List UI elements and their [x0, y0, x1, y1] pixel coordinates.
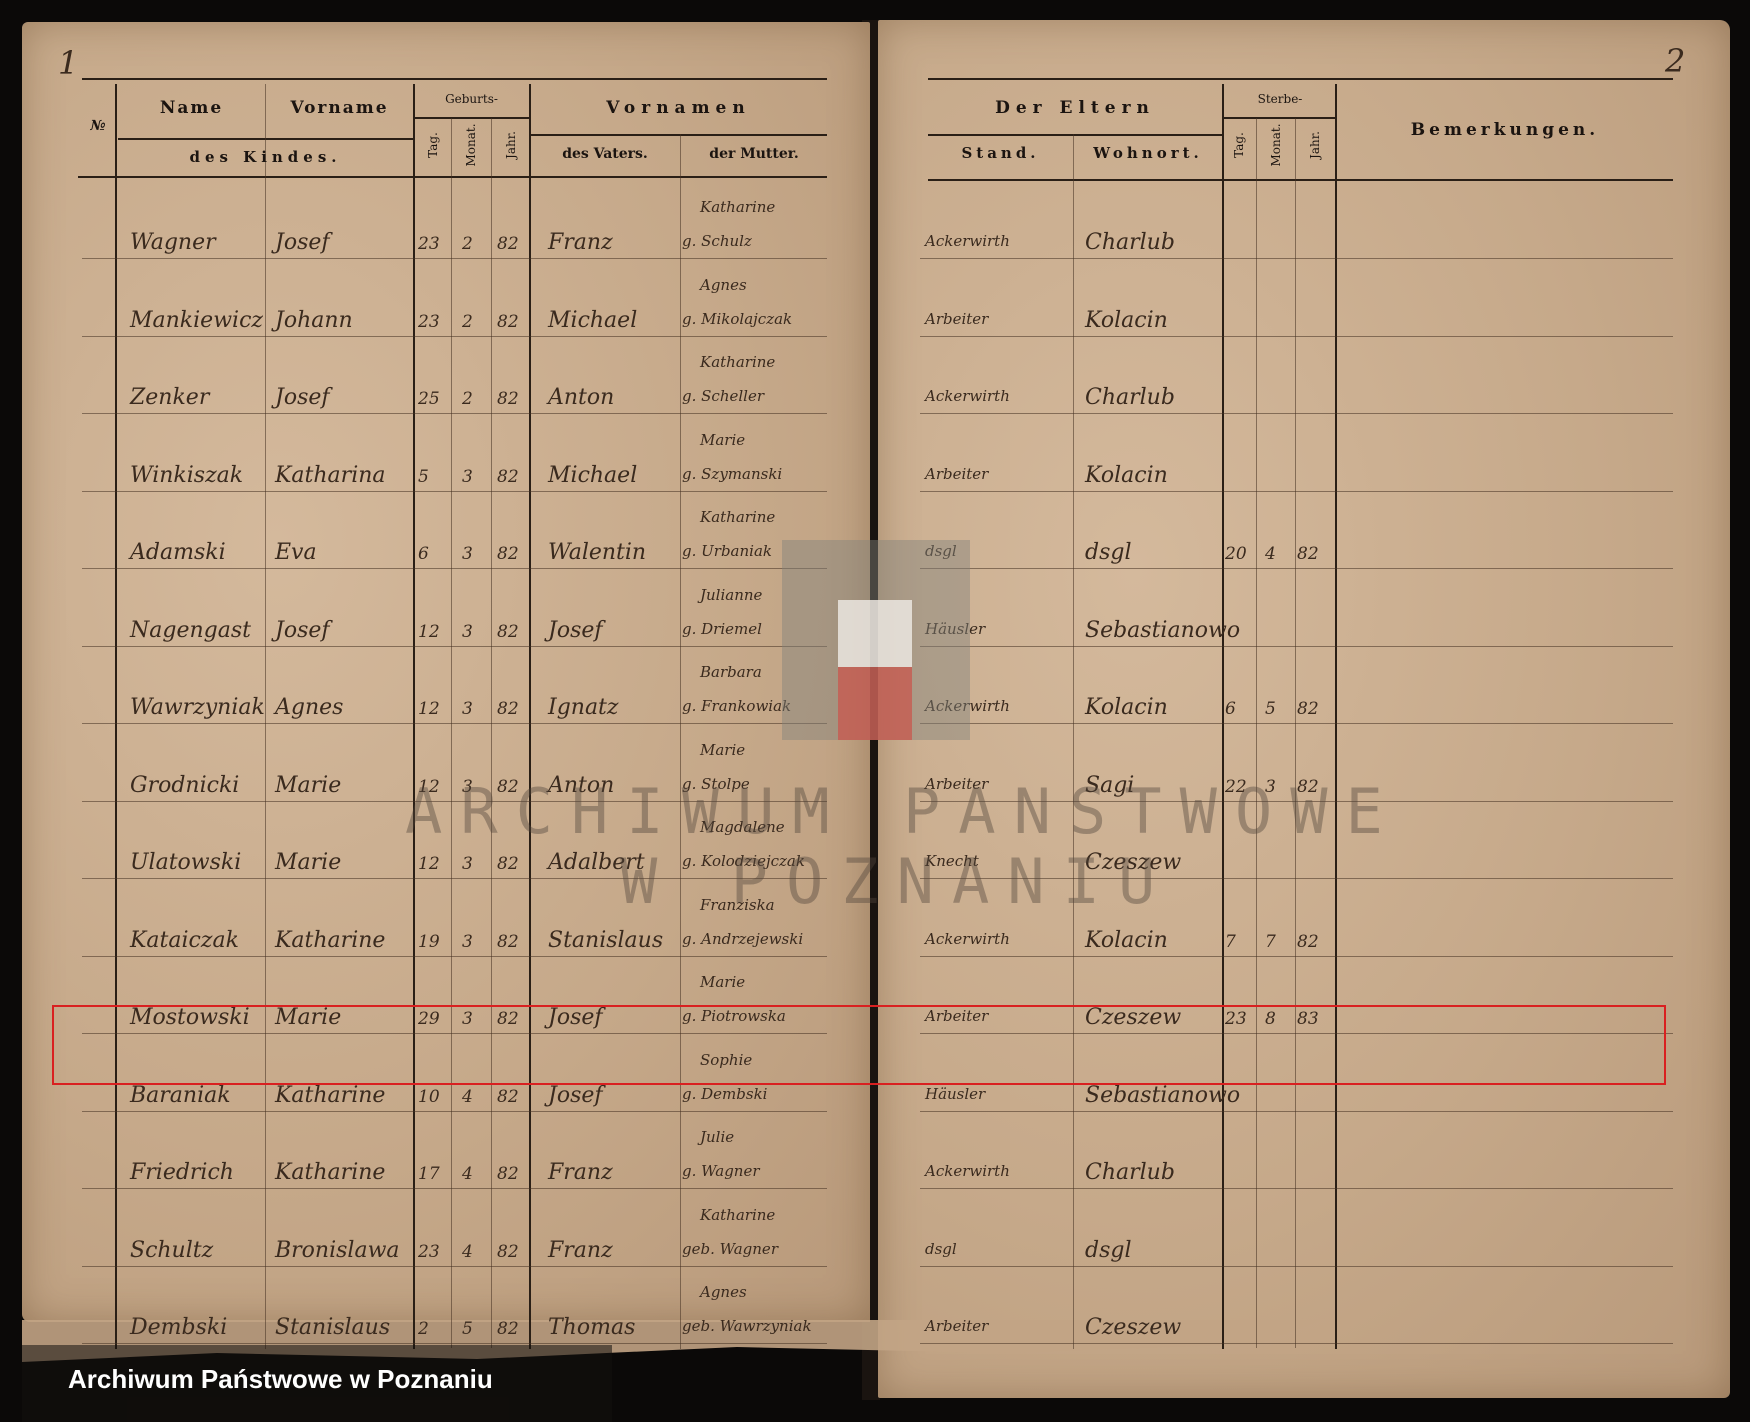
cell-tag: 23 [418, 312, 440, 332]
cell-mutter1: Julie [700, 1128, 734, 1146]
row-rule-right [920, 646, 1673, 647]
cell-jahr: 82 [497, 312, 519, 332]
cell-name: Wagner [130, 230, 216, 255]
cell-wohnort: Sebastianowo [1085, 618, 1240, 643]
cell-jahr: 82 [497, 699, 519, 719]
flag-red-stripe [838, 667, 912, 740]
cell-vater: Franz [548, 1238, 613, 1263]
cell-monat: 3 [462, 699, 473, 719]
header-mid-rule-geburts [414, 117, 529, 119]
cell-vorname: Marie [275, 773, 341, 798]
header-der-mutter: der Mutter. [681, 146, 827, 162]
cell-wohnort: Sebastianowo [1085, 1083, 1240, 1108]
cell-name: Zenker [130, 385, 209, 410]
row-rule-left [82, 723, 827, 724]
cell-jahr: 82 [497, 1087, 519, 1107]
header-geburt-jahr: Jahr. [504, 120, 518, 170]
cell-tag: 12 [418, 622, 440, 642]
cell-stand: Ackerwirth [925, 232, 1010, 250]
col-rule-monat [491, 118, 492, 1348]
col-rule-stand [1073, 134, 1074, 1349]
header-wohnort: Wohnort. [1074, 144, 1222, 162]
cell-jahr: 82 [497, 234, 519, 254]
cell-mutter1: Agnes [700, 276, 747, 294]
row-rule-left [82, 491, 827, 492]
cell-vorname: Agnes [275, 695, 343, 720]
cell-vater: Franz [548, 1160, 613, 1185]
cell-stand: Arbeiter [925, 465, 988, 483]
cell-vorname: Bronislawa [275, 1238, 400, 1263]
cell-mutter2: g. Mikolajczak [682, 310, 792, 328]
col-rule-vater [680, 134, 681, 1349]
row-rule-left [82, 956, 827, 957]
col-rule-s-tag [1256, 118, 1257, 1348]
row-rule-right [920, 568, 1673, 569]
cell-s-jahr: 82 [1297, 544, 1319, 564]
cell-vorname: Josef [275, 618, 330, 643]
cell-wohnort: Kolacin [1085, 928, 1168, 953]
cell-s-monat: 4 [1265, 544, 1276, 564]
cell-wohnort: Charlub [1085, 1160, 1175, 1185]
cell-monat: 3 [462, 544, 473, 564]
cell-monat: 4 [462, 1242, 473, 1262]
cell-s-jahr: 82 [1297, 932, 1319, 952]
header-stand: Stand. [928, 144, 1073, 162]
cell-mutter2: g. Frankowiak [682, 697, 791, 715]
cell-monat: 3 [462, 467, 473, 487]
cell-name: Adamski [130, 540, 226, 565]
cell-stand: Ackerwirth [925, 930, 1010, 948]
cell-name: Ulatowski [130, 850, 241, 875]
cell-stand: Arbeiter [925, 310, 988, 328]
flag-white-stripe [838, 600, 912, 667]
cell-mutter1: Katharine [700, 1206, 775, 1224]
cell-name: Friedrich [130, 1160, 234, 1185]
cell-name: Wawrzyniak [130, 695, 265, 720]
cell-vater: Michael [548, 308, 637, 333]
right-header-mid-rule-eltern [928, 134, 1222, 136]
col-rule-tag [451, 118, 452, 1348]
right-header-bottom-rule [928, 179, 1673, 181]
cell-mutter2: geb. Wawrzyniak [682, 1317, 812, 1335]
cell-monat: 3 [462, 932, 473, 952]
cell-monat: 2 [462, 389, 473, 409]
cell-mutter2: g. Schulz [682, 232, 752, 250]
cell-mutter2: geb. Wagner [682, 1240, 778, 1258]
cell-vorname: Katharine [275, 928, 385, 953]
header-der-eltern: Der Eltern [928, 98, 1222, 118]
right-page-number: 2 [1665, 42, 1685, 80]
cell-vater: Anton [548, 385, 614, 410]
cell-mutter1: Barbara [700, 663, 762, 681]
cell-mutter1: Katharine [700, 198, 775, 216]
cell-tag: 17 [418, 1164, 440, 1184]
left-page-number: 1 [58, 44, 78, 82]
header-bottom-rule [78, 176, 827, 178]
col-rule-jahr [529, 84, 531, 1349]
cell-mutter2: g. Dembski [682, 1085, 767, 1103]
cell-wohnort: Kolacin [1085, 308, 1168, 333]
row-rule-right [920, 413, 1673, 414]
cell-tag: 2 [418, 1319, 429, 1339]
cell-mutter2: g. Urbaniak [682, 542, 772, 560]
cell-vorname: Marie [275, 850, 341, 875]
cell-wohnort: dsgl [1085, 540, 1132, 565]
header-geburts: Geburts- [414, 92, 529, 106]
cell-name: Kataiczak [130, 928, 239, 953]
right-header-top-rule [928, 78, 1673, 80]
cell-tag: 23 [418, 1242, 440, 1262]
header-top-rule [82, 78, 827, 80]
cell-jahr: 82 [497, 1319, 519, 1339]
cell-wohnort: Kolacin [1085, 463, 1168, 488]
cell-stand: dsgl [925, 1240, 957, 1258]
cell-monat: 4 [462, 1164, 473, 1184]
header-sterbe: Sterbe- [1224, 92, 1336, 106]
cell-jahr: 82 [497, 389, 519, 409]
cell-jahr: 82 [497, 932, 519, 952]
row-rule-left [82, 336, 827, 337]
cell-tag: 6 [418, 544, 429, 564]
row-rule-left [82, 646, 827, 647]
cell-vorname: Katharine [275, 1160, 385, 1185]
cell-tag: 12 [418, 854, 440, 874]
col-rule-wohnort [1222, 84, 1224, 1349]
row-rule-left [82, 413, 827, 414]
col-rule-no [115, 84, 117, 1349]
cell-vater: Thomas [548, 1315, 635, 1340]
cell-name: Nagengast [130, 618, 251, 643]
cell-tag: 5 [418, 467, 429, 487]
header-name: Name [118, 98, 265, 118]
cell-wohnort: Kolacin [1085, 695, 1168, 720]
cell-monat: 5 [462, 1319, 473, 1339]
row-rule-left [82, 568, 827, 569]
cell-monat: 2 [462, 312, 473, 332]
header-des-kindes: des Kindes. [118, 148, 413, 166]
cell-vater: Stanislaus [548, 928, 663, 953]
cell-mutter1: Katharine [700, 508, 775, 526]
row-rule-right [920, 956, 1673, 957]
row-rule-left [82, 1343, 827, 1344]
cell-mutter2: g. Szymanski [682, 465, 782, 483]
cell-monat: 4 [462, 1087, 473, 1107]
archive-footer-label: Archiwum Państwowe w Poznaniu [68, 1364, 493, 1395]
header-bemerkungen: Bemerkungen. [1337, 120, 1673, 140]
cell-s-jahr: 82 [1297, 699, 1319, 719]
cell-monat: 3 [462, 854, 473, 874]
cell-name: Winkiszak [130, 463, 243, 488]
cell-vorname: Katharine [275, 1083, 385, 1108]
cell-vater: Franz [548, 230, 613, 255]
cell-vorname: Katharina [275, 463, 386, 488]
cell-vater: Ignatz [548, 695, 619, 720]
col-rule-vorname [413, 84, 415, 1349]
row-rule-right [920, 258, 1673, 259]
highlighted-row-box [52, 1005, 1666, 1085]
cell-name: Schultz [130, 1238, 213, 1263]
cell-vorname: Eva [275, 540, 317, 565]
cell-vorname: Stanislaus [275, 1315, 390, 1340]
row-rule-right [920, 1188, 1673, 1189]
row-rule-right [920, 1343, 1673, 1344]
cell-jahr: 82 [497, 622, 519, 642]
cell-mutter1: Julianne [700, 586, 762, 604]
header-mid-rule-vornamen [530, 134, 827, 136]
cell-s-tag: 6 [1225, 699, 1236, 719]
cell-tag: 10 [418, 1087, 440, 1107]
cell-mutter1: Marie [700, 741, 745, 759]
cell-mutter2: g. Driemel [682, 620, 762, 638]
cell-stand: Ackerwirth [925, 387, 1010, 405]
cell-vater: Josef [548, 1083, 603, 1108]
cell-wohnort: dsgl [1085, 1238, 1132, 1263]
cell-jahr: 82 [497, 854, 519, 874]
cell-s-tag: 7 [1225, 932, 1236, 952]
row-rule-right [920, 491, 1673, 492]
cell-vorname: Josef [275, 385, 330, 410]
col-rule-name [265, 84, 266, 1349]
cell-stand: Häusler [925, 1085, 985, 1103]
header-sterbe-jahr: Jahr. [1308, 120, 1322, 170]
row-rule-left [82, 1266, 827, 1267]
cell-name: Dembski [130, 1315, 227, 1340]
cell-tag: 23 [418, 234, 440, 254]
cell-jahr: 82 [497, 1164, 519, 1184]
cell-vorname: Josef [275, 230, 330, 255]
watermark-line2: W POZNANIU [620, 845, 1173, 918]
header-no: № [82, 118, 116, 134]
cell-name: Baraniak [130, 1083, 231, 1108]
cell-mutter2: g. Wagner [682, 1162, 760, 1180]
header-geburt-monat: Monat. [464, 120, 478, 170]
cell-mutter1: Marie [700, 973, 745, 991]
cell-wohnort: Charlub [1085, 385, 1175, 410]
header-sterbe-monat: Monat. [1269, 120, 1283, 170]
header-vornamen: Vornamen [530, 98, 827, 118]
cell-s-monat: 5 [1265, 699, 1276, 719]
cell-mutter1: Marie [700, 431, 745, 449]
cell-vater: Michael [548, 463, 637, 488]
cell-s-monat: 7 [1265, 932, 1276, 952]
cell-monat: 3 [462, 622, 473, 642]
cell-stand: Ackerwirth [925, 1162, 1010, 1180]
cell-tag: 12 [418, 699, 440, 719]
cell-vater: Josef [548, 618, 603, 643]
cell-name: Mankiewicz [130, 308, 263, 333]
cell-wohnort: Charlub [1085, 230, 1175, 255]
cell-tag: 19 [418, 932, 440, 952]
cell-stand: Arbeiter [925, 1317, 988, 1335]
cell-tag: 25 [418, 389, 440, 409]
row-rule-right [920, 1266, 1673, 1267]
row-rule-right [920, 336, 1673, 337]
cell-monat: 2 [462, 234, 473, 254]
cell-jahr: 82 [497, 1242, 519, 1262]
right-header-mid-rule-sterbe [1224, 117, 1336, 119]
cell-mutter2: g. Scheller [682, 387, 764, 405]
row-rule-left [82, 1188, 827, 1189]
row-rule-right [920, 723, 1673, 724]
col-rule-s-jahr [1335, 84, 1337, 1349]
cell-name: Grodnicki [130, 773, 239, 798]
cell-mutter2: g. Andrzejewski [682, 930, 803, 948]
cell-mutter1: Katharine [700, 353, 775, 371]
row-rule-left [82, 258, 827, 259]
cell-mutter1: Agnes [700, 1283, 747, 1301]
cell-jahr: 82 [497, 467, 519, 487]
cell-jahr: 82 [497, 544, 519, 564]
header-vorname: Vorname [266, 98, 413, 118]
cell-s-tag: 20 [1225, 544, 1247, 564]
cell-vorname: Johann [275, 308, 353, 333]
header-sterbe-tag: Tag. [1232, 120, 1246, 170]
cell-wohnort: Czeszew [1085, 1315, 1181, 1340]
watermark-line1: ARCHIWUM PANSTWOWE [405, 775, 1401, 848]
row-rule-left [82, 1111, 827, 1112]
col-rule-s-monat [1295, 118, 1296, 1348]
cell-vater: Walentin [548, 540, 646, 565]
row-rule-right [920, 1111, 1673, 1112]
header-des-vaters: des Vaters. [530, 146, 680, 162]
header-geburt-tag: Tag. [426, 120, 440, 170]
